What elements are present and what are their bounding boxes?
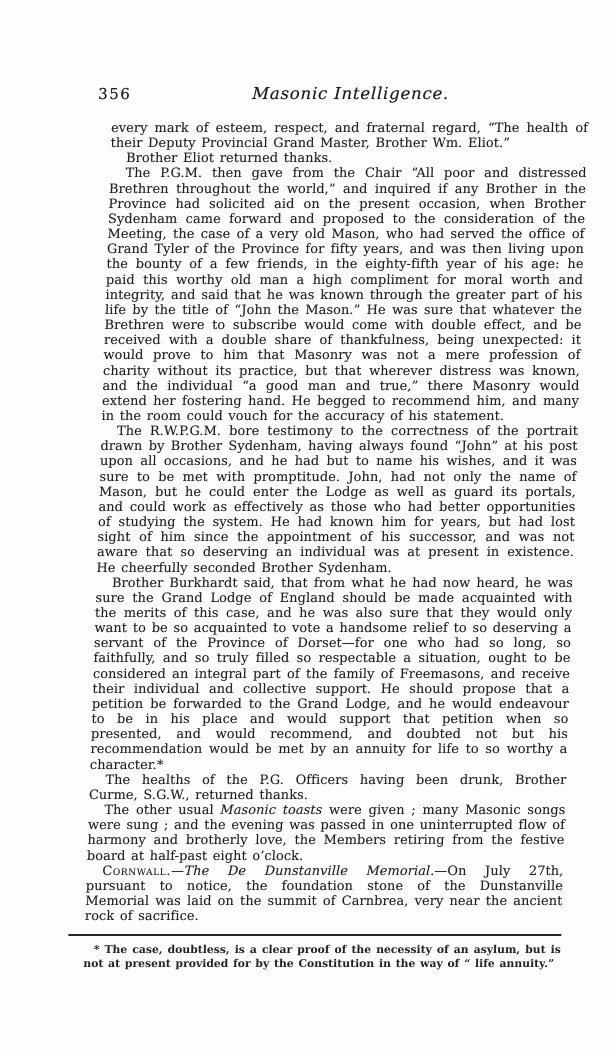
page-header: 356 Masonic Intelligence.	[112, 84, 590, 108]
paragraph-pgm-toast: The P.G.M. then gave from the Chair “All…	[101, 166, 587, 424]
paragraph-pg-officers: The healths of the P.G. Officers having …	[89, 773, 567, 803]
toasts-text-before: The other usual	[104, 803, 220, 818]
running-title: Masonic Intelligence.	[112, 84, 590, 103]
body-text: every mark of esteem, respect, and frate…	[85, 121, 589, 924]
paragraph-continuation: every mark of esteem, respect, and frate…	[110, 121, 588, 151]
paragraph-eliot-thanks: Brother Eliot returned thanks.	[110, 151, 588, 166]
paragraph-burkhardt: Brother Burkhardt said, that from what h…	[90, 576, 574, 773]
footnote-rule	[68, 934, 561, 936]
paragraph-cornwall: Cornwall.—The De Dunstanville Memorial.—…	[85, 864, 564, 925]
page-number: 356	[98, 85, 132, 103]
page-content: 356 Masonic Intelligence. every mark of …	[83, 84, 589, 970]
paragraph-rwpgm-testimony: The R.W.P.G.M. bore testimony to the cor…	[96, 424, 578, 576]
toasts-italic-phrase: Masonic toasts	[220, 803, 322, 818]
scanned-book-page: 356 Masonic Intelligence. every mark of …	[0, 0, 615, 1050]
cornwall-location-label: Cornwall.—	[102, 864, 185, 879]
footnote: * The case, doubtless, is a clear proof …	[83, 943, 561, 970]
paragraph-toasts: The other usual Masonic toasts were give…	[87, 803, 566, 864]
cornwall-article-title: The De Dunstanville Memorial.—	[184, 864, 447, 879]
